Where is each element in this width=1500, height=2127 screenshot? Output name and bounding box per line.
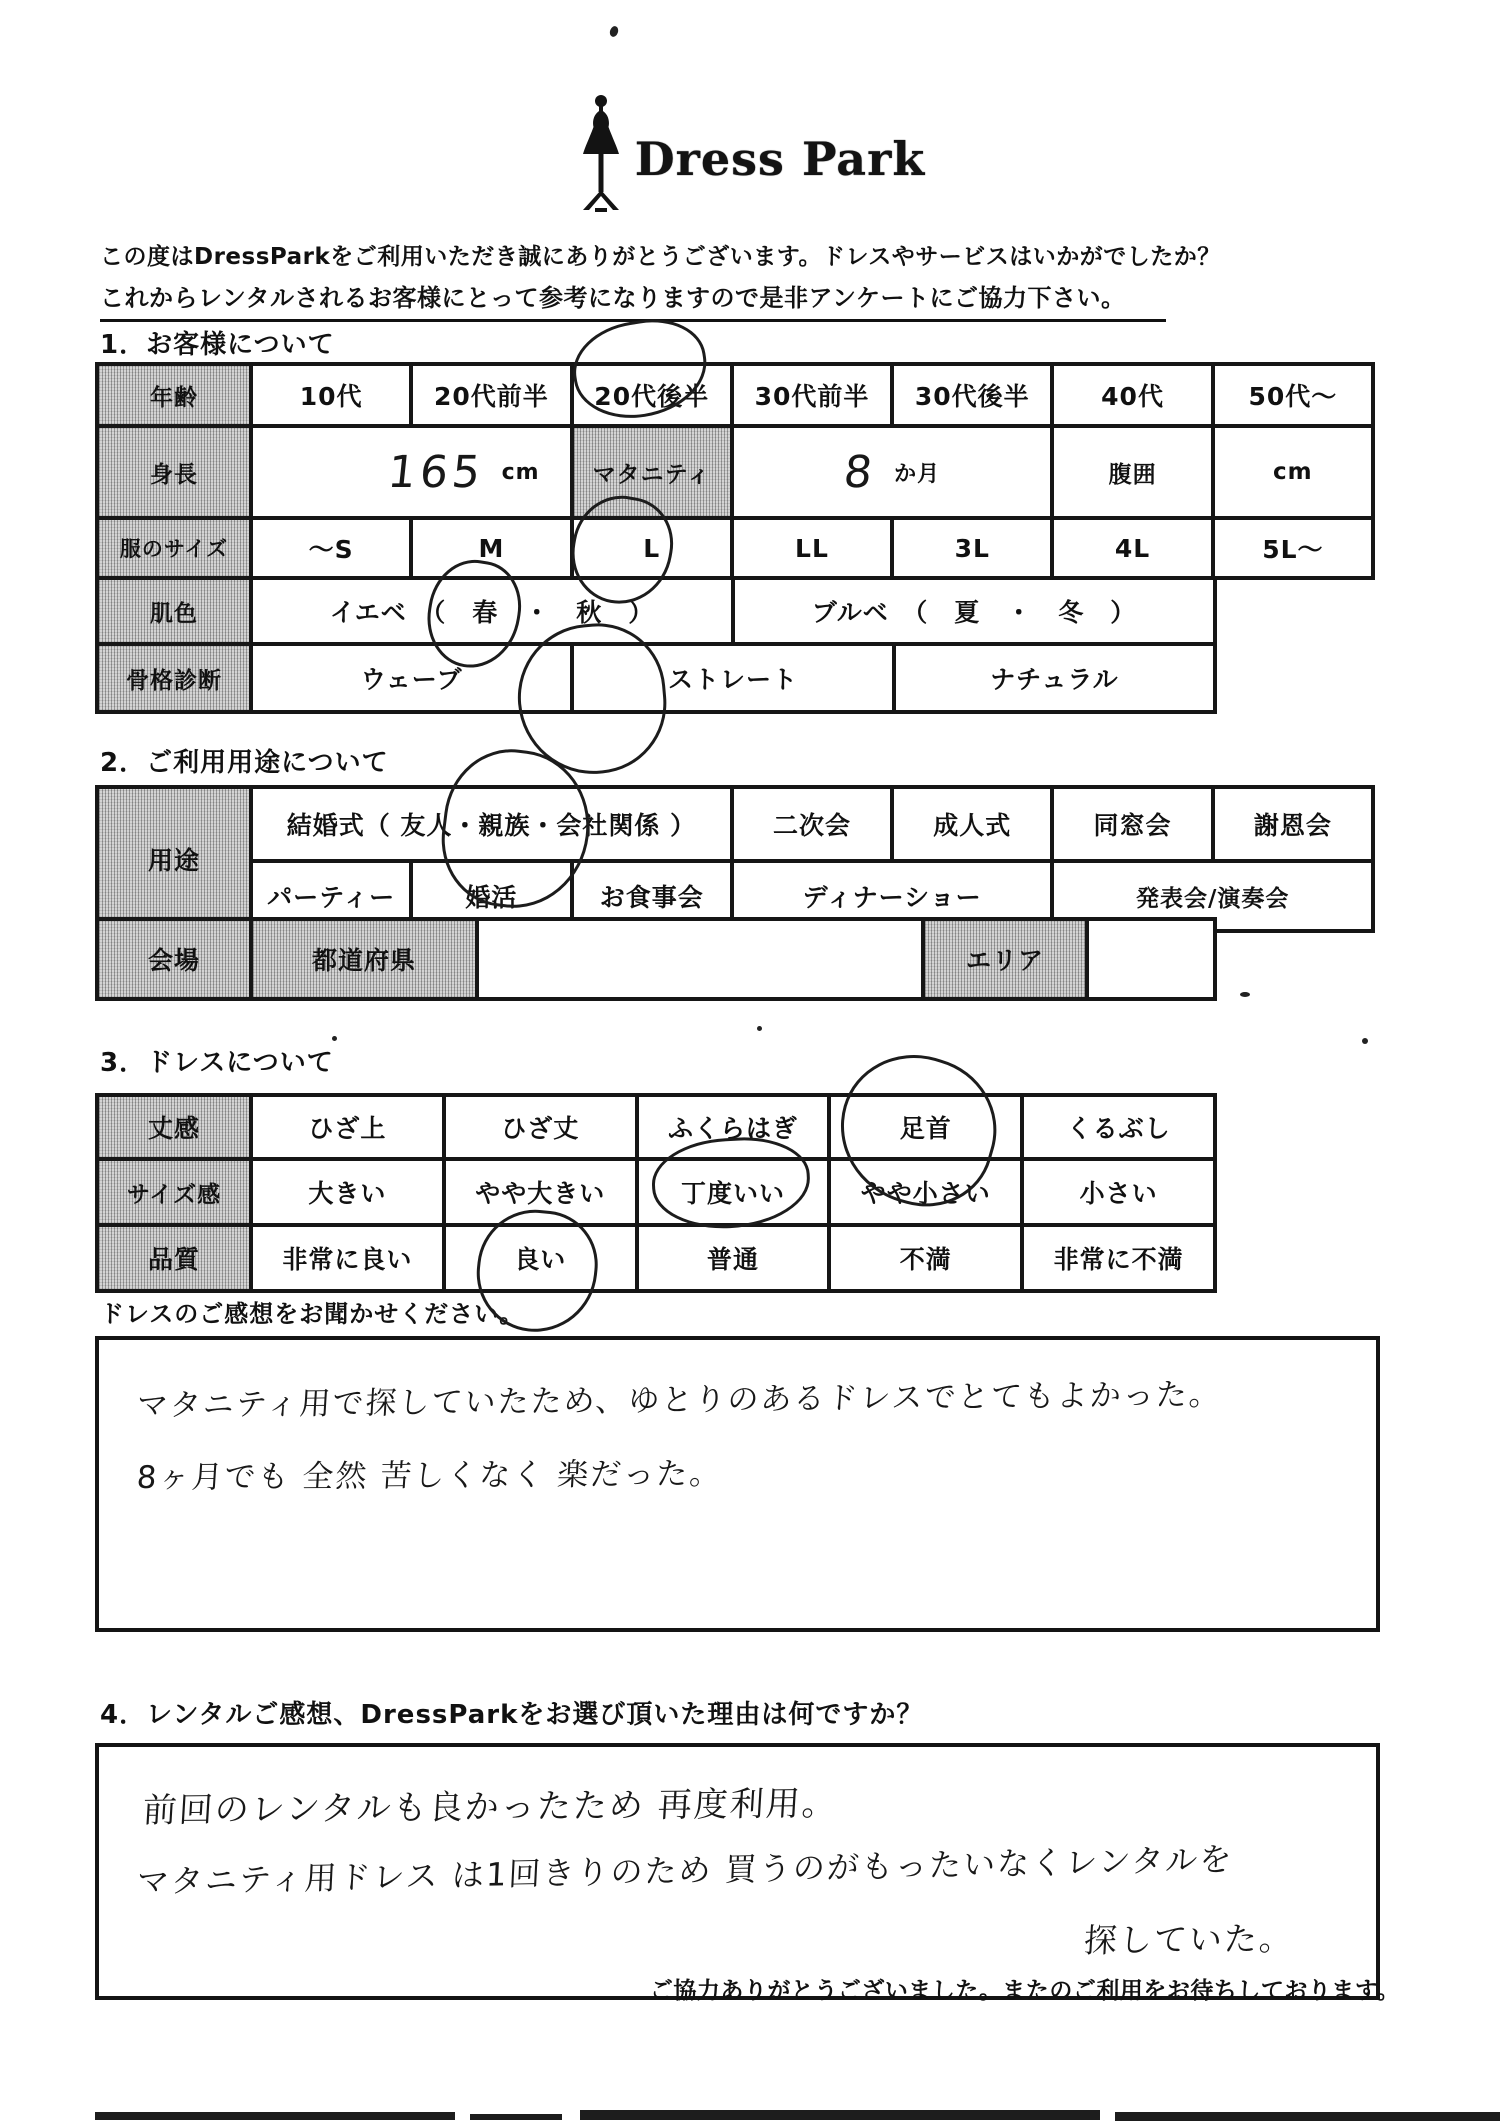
- row-label-length: 丈感: [99, 1097, 249, 1157]
- purpose-option: 成人式: [894, 789, 1050, 859]
- scan-speck: [1240, 992, 1250, 997]
- waist-label-cell: 腹囲: [1054, 428, 1210, 516]
- row-label-clothing-size: 服のサイズ: [99, 520, 249, 576]
- logo: Dress Park: [0, 92, 1500, 214]
- section3-heading: 3．ドレスについて: [100, 1042, 334, 1079]
- purpose-option: 二次会: [734, 789, 890, 859]
- rental-comment-line1: 前回のレンタルも良かったため 再度利用。: [142, 1776, 840, 1832]
- scan-edge-line: [580, 2110, 1100, 2120]
- row-label-quality: 品質: [99, 1227, 249, 1289]
- purpose-table: 用途 結婚式（ 友人・親族・会社関係 ） 二次会 成人式 同窓会 謝恩会 パーテ…: [95, 785, 1375, 933]
- dress-comment-prompt: ドレスのご感想をお聞かせください。: [100, 1294, 524, 1329]
- rental-comment-box: 前回のレンタルも良かったため 再度利用。 マタニティ用ドレス は1回きりのため …: [95, 1743, 1380, 2000]
- venue-area-blank: [1089, 921, 1213, 997]
- dress-comment-box: マタニティ用で探していたため、ゆとりのあるドレスでとてもよかった。 8ヶ月でも …: [95, 1336, 1380, 1632]
- rental-comment-line2: マタニティ用ドレス は1回きりのため 買うのがもったいなくレンタルを: [136, 1834, 1235, 1903]
- footer-thanks: ご協力ありがとうございました。またのご利用をお待ちしております。: [650, 1972, 1400, 2005]
- fit-option: 小さい: [1024, 1161, 1213, 1223]
- dress-comment-line2: 8ヶ月でも 全然 苦しくなく 楽だった。: [136, 1448, 724, 1497]
- scan-speck: [1362, 1038, 1368, 1044]
- purpose-option: 謝恩会: [1215, 789, 1371, 859]
- maternity-months-cell: 8 か月: [734, 428, 1051, 516]
- size-option: 3L: [894, 520, 1050, 576]
- scan-speck: [757, 1026, 762, 1031]
- venue-area-label: エリア: [925, 921, 1085, 997]
- customer-table-upper: 年齢 10代 20代前半 20代後半 30代前半 30代後半 40代 50代～ …: [95, 362, 1375, 580]
- height-handwritten-value: 165: [385, 447, 486, 498]
- row-label-venue: 会場: [99, 921, 249, 997]
- skin-color-blue-base: ブルベ （ 夏 ・ 冬 ）: [735, 580, 1213, 642]
- row-label-skeleton: 骨格診断: [99, 646, 249, 710]
- venue-prefecture-blank: [479, 921, 921, 997]
- intro-line-1: この度はDressParkをご利用いただき誠にありがとうございます。ドレスやサー…: [100, 238, 1221, 271]
- quality-option: 不満: [831, 1227, 1020, 1289]
- quality-option: 非常に不満: [1024, 1227, 1213, 1289]
- scan-speck: [608, 25, 619, 38]
- section2-heading: 2．ご利用用途について: [100, 742, 389, 779]
- row-label-fit: サイズ感: [99, 1161, 249, 1223]
- age-option: 50代～: [1215, 366, 1371, 424]
- height-unit: cm: [502, 460, 540, 485]
- maternity-months-handwritten-value: 8: [841, 447, 878, 498]
- venue-prefecture-label: 都道府県: [253, 921, 475, 997]
- row-label-purpose: 用途: [99, 789, 249, 929]
- length-option: くるぶし: [1024, 1097, 1213, 1157]
- survey-scan-page: Dress Park この度はDressParkをご利用いただき誠にありがとうご…: [0, 0, 1500, 2127]
- section4-heading: 4．レンタルご感想、DressParkをお選び頂いた理由は何ですか？: [100, 1694, 923, 1731]
- length-option: ひざ丈: [446, 1097, 635, 1157]
- scan-edge-line: [95, 2112, 455, 2120]
- waist-unit-cell: cm: [1215, 428, 1371, 516]
- purpose-option: 同窓会: [1054, 789, 1210, 859]
- age-option: 10代: [253, 366, 409, 424]
- quality-option: 普通: [639, 1227, 828, 1289]
- scan-speck: [332, 1036, 337, 1041]
- size-option: 4L: [1054, 520, 1210, 576]
- fit-option: 大きい: [253, 1161, 442, 1223]
- age-option: 30代後半: [894, 366, 1050, 424]
- quality-option: 非常に良い: [253, 1227, 442, 1289]
- size-option: ～S: [253, 520, 409, 576]
- rental-comment-line3: 探していた。: [1083, 1913, 1296, 1962]
- intro-line-2: これからレンタルされるお客様にとって参考になりますので是非アンケートにご協力下さ…: [100, 278, 1166, 322]
- scan-edge-line: [1115, 2112, 1500, 2121]
- logo-wordmark: Dress Park: [635, 132, 925, 214]
- venue-table: 会場 都道府県 エリア: [95, 917, 1217, 1001]
- length-option: ひざ上: [253, 1097, 442, 1157]
- size-option: 5L～: [1215, 520, 1371, 576]
- scan-edge-line: [470, 2114, 562, 2120]
- row-label-skin-color: 肌色: [99, 580, 249, 642]
- row-label-height: 身長: [99, 428, 249, 516]
- dress-mannequin-icon: [575, 92, 627, 214]
- age-option: 30代前半: [734, 366, 890, 424]
- skeleton-option: ナチュラル: [896, 646, 1213, 710]
- dress-comment-line1: マタニティ用で探していたため、ゆとりのあるドレスでとてもよかった。: [136, 1369, 1224, 1425]
- height-value-cell: 165 cm: [253, 428, 570, 516]
- maternity-months-unit: か月: [894, 457, 940, 488]
- age-option: 40代: [1054, 366, 1210, 424]
- row-label-age: 年齢: [99, 366, 249, 424]
- size-option: LL: [734, 520, 890, 576]
- section1-heading: 1．お客様について: [100, 324, 335, 361]
- age-option: 20代前半: [413, 366, 569, 424]
